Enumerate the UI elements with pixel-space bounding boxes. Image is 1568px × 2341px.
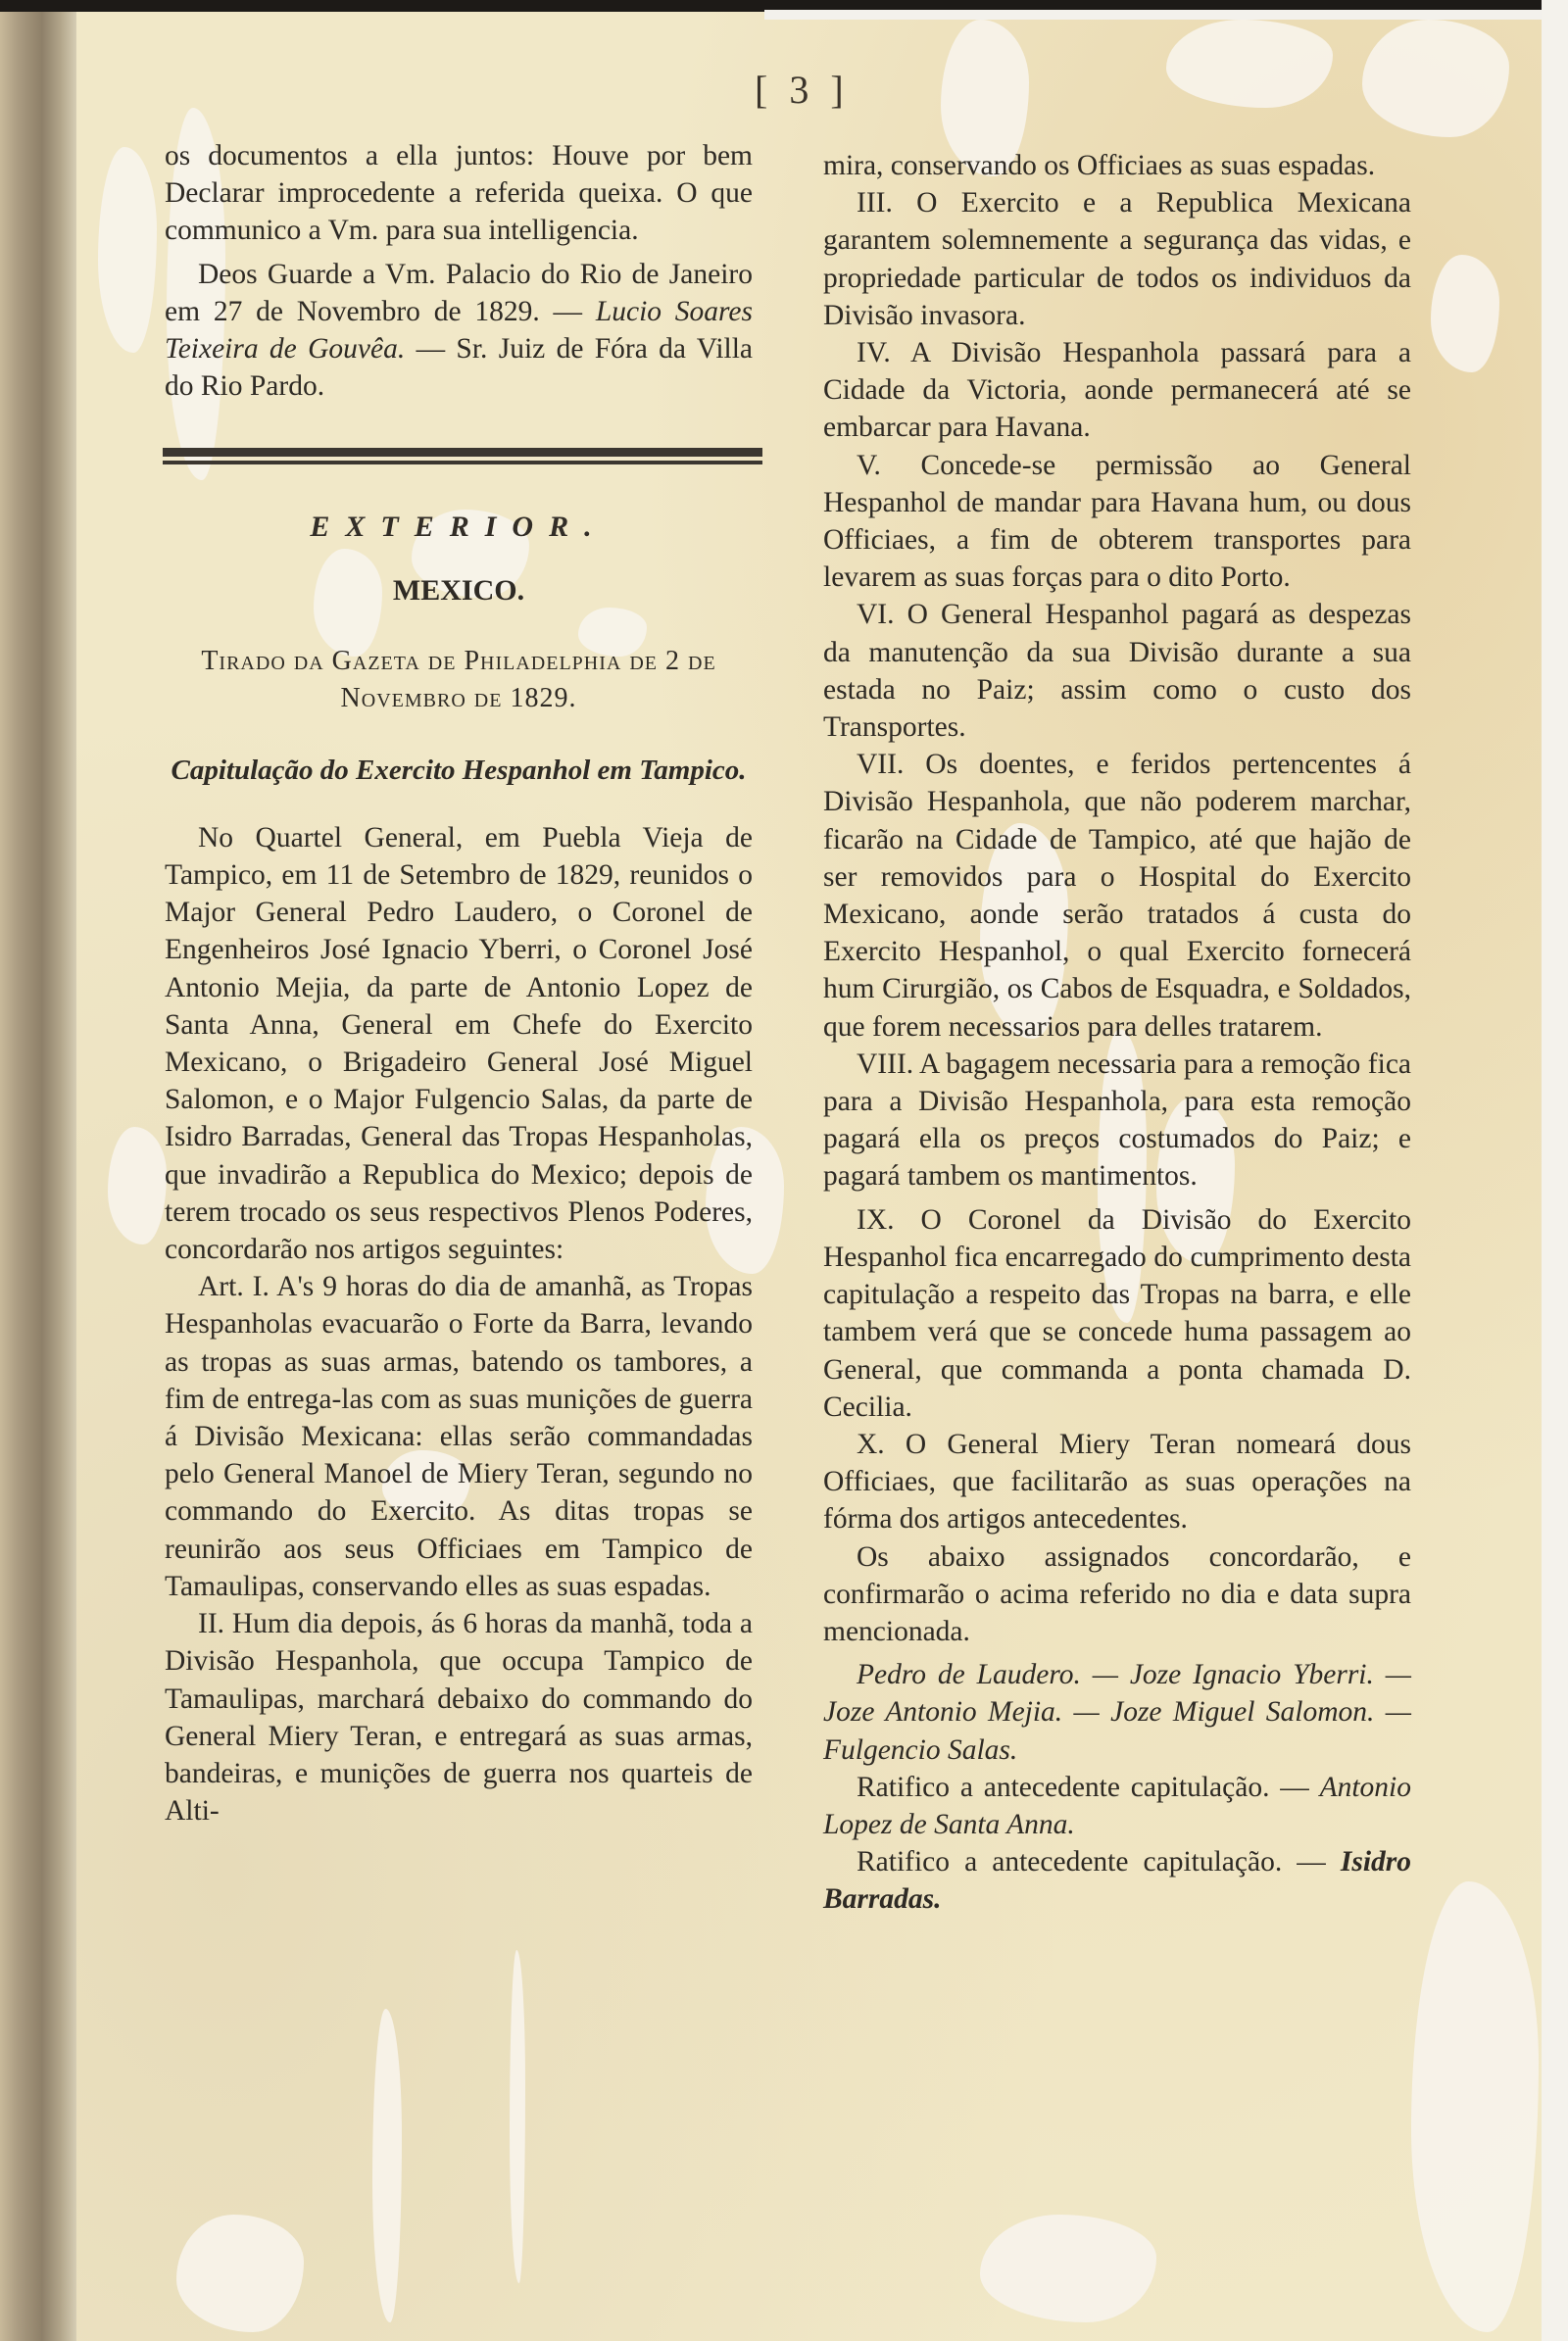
article-paragraph: II. Hum dia depois, ás 6 horas da manhã,… — [165, 1605, 753, 1829]
paper-damage — [1166, 20, 1333, 108]
scanned-gazette-page: [ 3 ] os documentos a ella juntos: Houve… — [0, 0, 1568, 2341]
ratification-text: Ratifico a antecedente capitulação. — — [857, 1846, 1326, 1878]
paper-damage — [372, 2009, 402, 2322]
article-paragraph: IV. A Divisão Hespanhola passará para a … — [823, 334, 1411, 447]
ratification-paragraph: Ratifico a antecedente capitulação. — An… — [823, 1769, 1411, 1843]
scan-right-margin — [1542, 0, 1568, 2341]
paper-damage — [510, 1950, 525, 2283]
paper-damage — [1411, 1881, 1539, 2332]
country-heading: MEXICO. — [165, 572, 753, 610]
paper-damage — [108, 1127, 167, 1244]
page-number: [ 3 ] — [755, 67, 850, 113]
ratification-paragraph: Ratifico a antecedente capitulação. — Is… — [823, 1843, 1411, 1918]
continuation-paragraph: mira, conservando os Officiaes as suas e… — [823, 147, 1411, 184]
article-paragraph: V. Concede-se permissão ao General Hespa… — [823, 447, 1411, 597]
signatories: Pedro de Laudero. — Joze Ignacio Yberri.… — [823, 1656, 1411, 1769]
article-paragraph: III. O Exercito e a Republica Mexicana g… — [823, 184, 1411, 334]
article-paragraph: Art. I. A's 9 horas do dia de amanhã, as… — [165, 1268, 753, 1605]
preamble-paragraph: No Quartel General, em Puebla Vieja de T… — [165, 819, 753, 1268]
article-paragraph: VI. O General Hespanhol pagará as despez… — [823, 596, 1411, 746]
paper-damage — [1362, 20, 1509, 137]
section-divider-rule — [163, 448, 762, 465]
right-column: mira, conservando os Officiaes as suas e… — [823, 147, 1411, 1919]
scan-top-border — [0, 0, 1568, 12]
article-paragraph: X. O General Miery Teran nomeará dous Of… — [823, 1426, 1411, 1538]
section-heading: EXTERIOR. — [165, 509, 753, 546]
article-paragraph: IX. O Coronel da Divisão do Exercito Hes… — [823, 1201, 1411, 1426]
closing-paragraph: Deos Guarde a Vm. Palacio do Rio de Jane… — [165, 256, 753, 406]
paper-damage — [176, 2215, 304, 2332]
document-title: Capitulação do Exercito Hespanhol em Tam… — [165, 751, 753, 790]
book-spine-edge — [0, 0, 76, 2341]
agreement-paragraph: Os abaixo assignados concordarão, e conf… — [823, 1538, 1411, 1651]
source-line: Tirado da Gazeta de Philadelphia de 2 de… — [165, 643, 753, 717]
paper-damage — [980, 2215, 1156, 2322]
left-column: os documentos a ella juntos: Houve por b… — [165, 137, 753, 1829]
paper-damage — [1431, 255, 1499, 372]
paper-damage — [98, 147, 157, 353]
article-paragraph: VIII. A bagagem necessaria para a remoçã… — [823, 1046, 1411, 1195]
article-paragraph: VII. Os doentes, e feridos pertencentes … — [823, 746, 1411, 1046]
ratification-text: Ratifico a antecedente capitulação. — — [857, 1772, 1309, 1803]
continuation-paragraph: os documentos a ella juntos: Houve por b… — [165, 137, 753, 250]
